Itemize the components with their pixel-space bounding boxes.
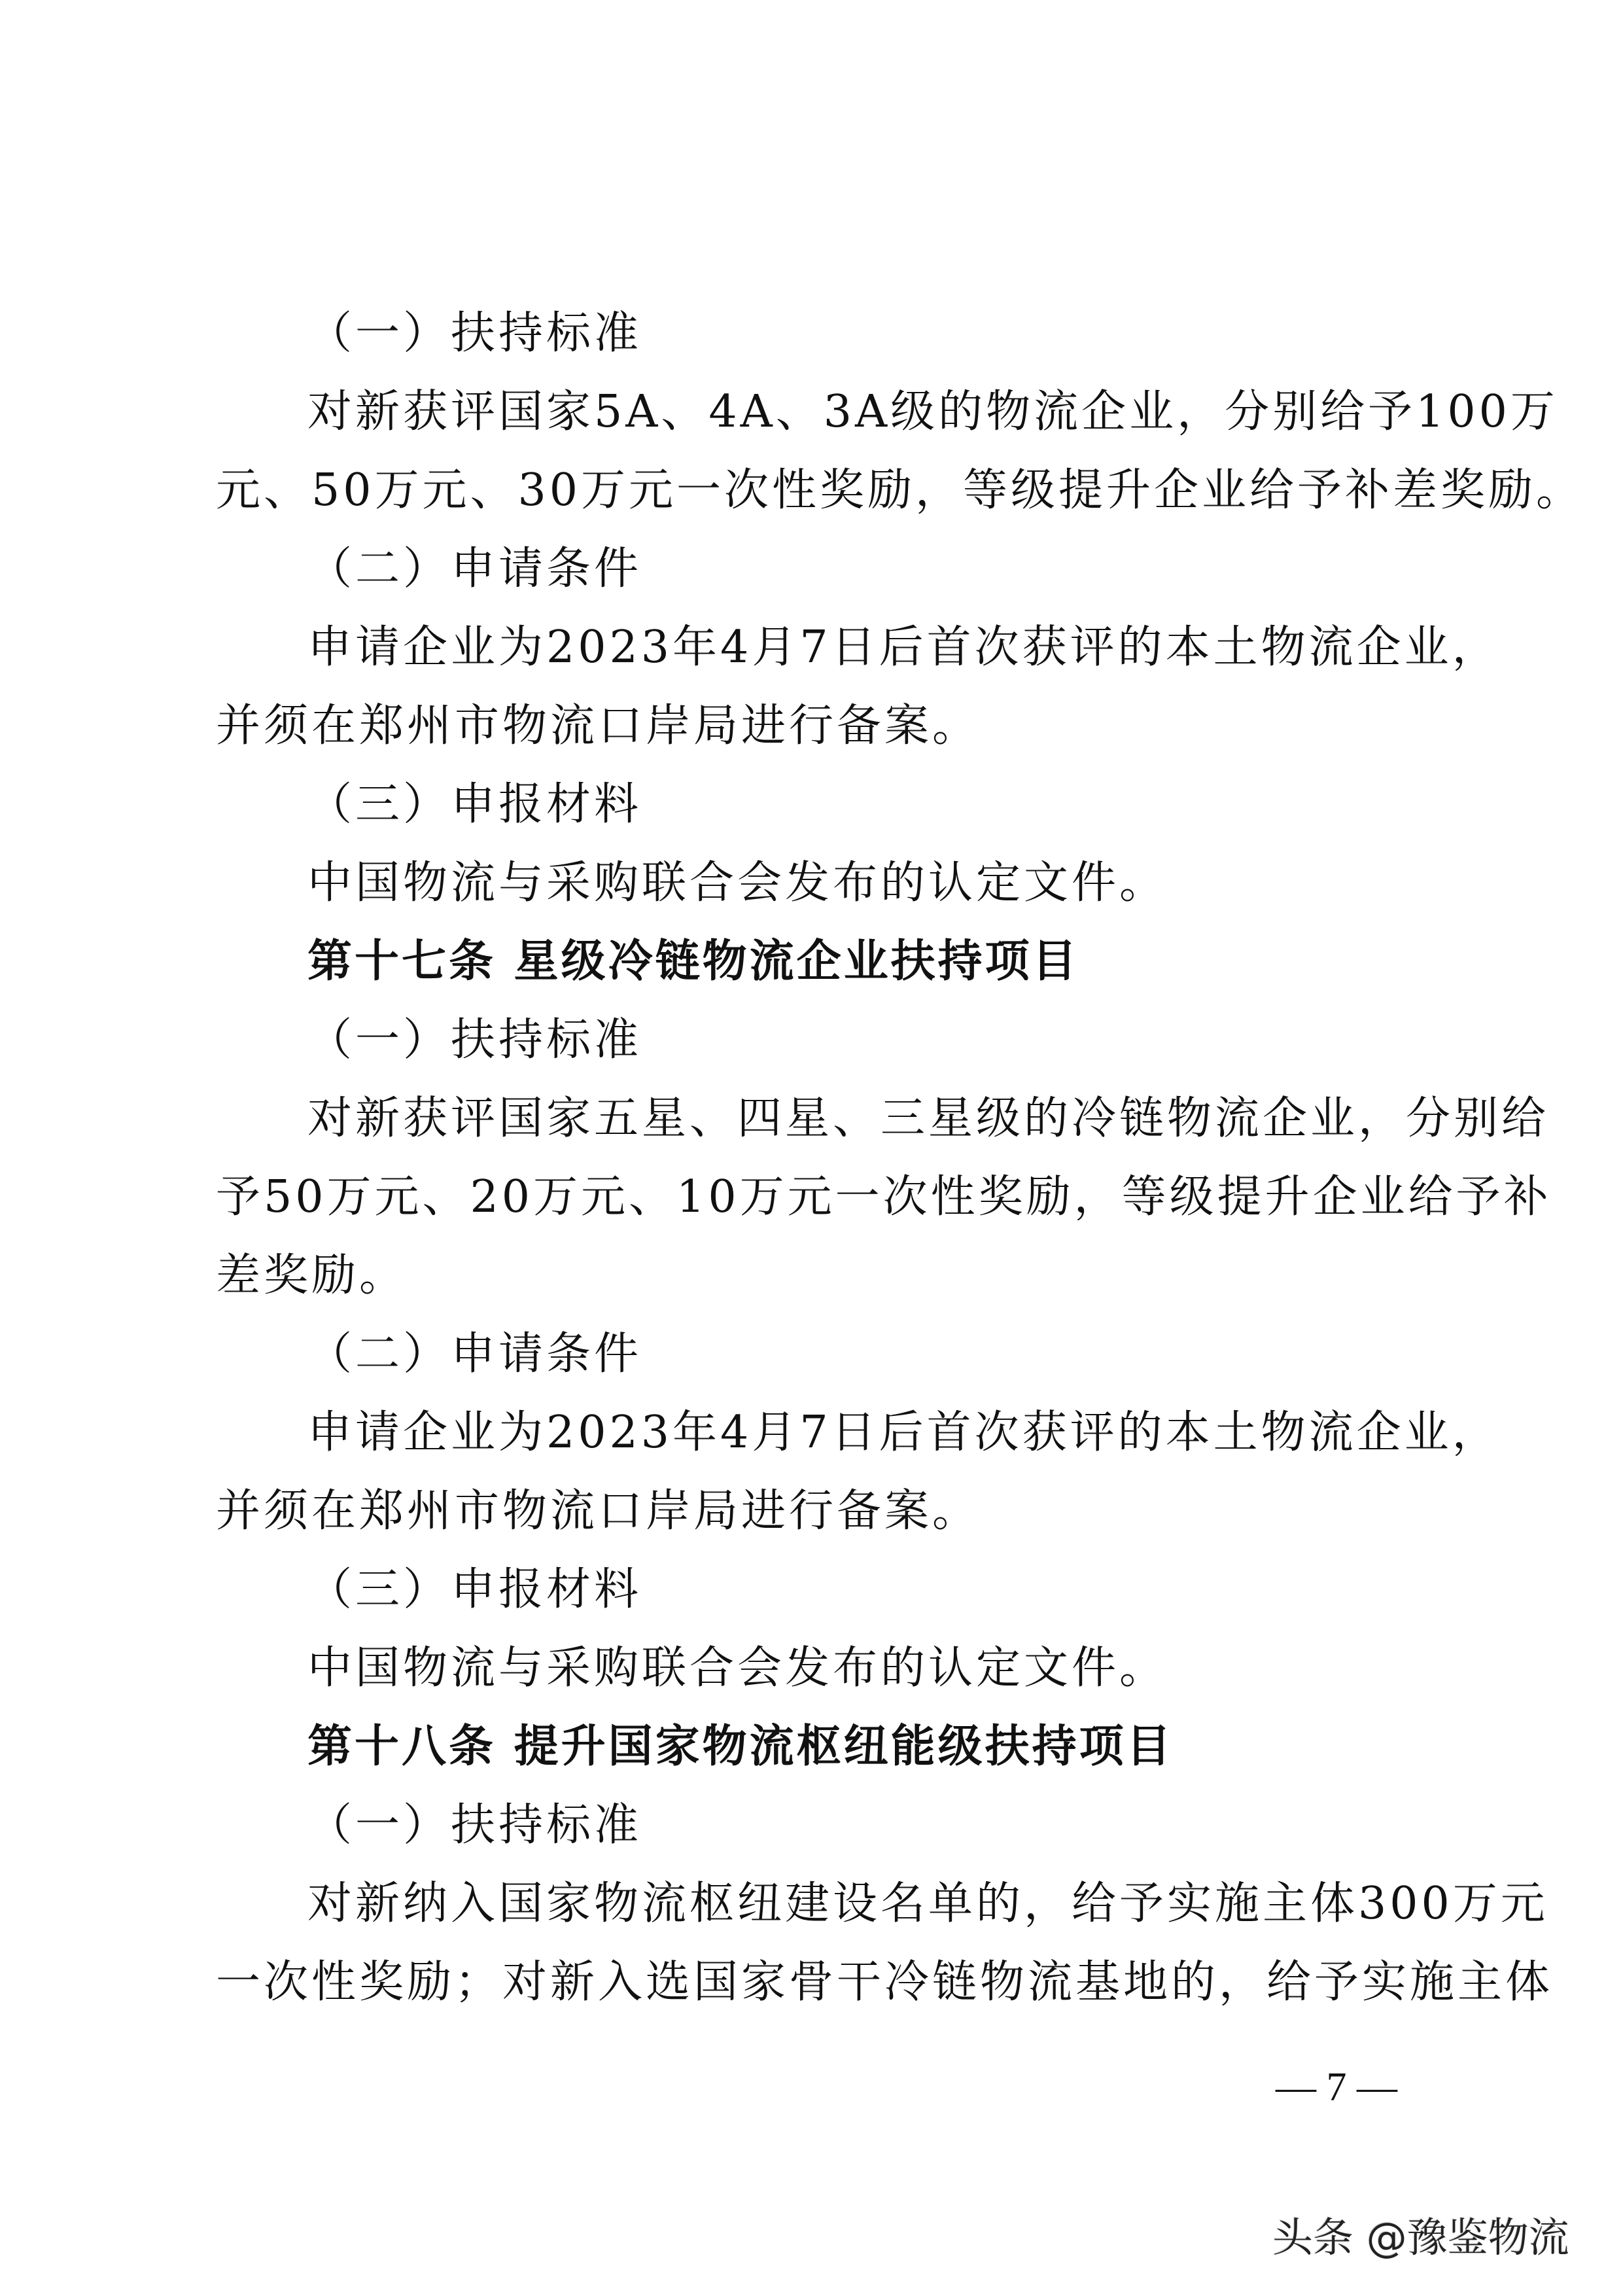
paragraph-line: 申请企业为2023年4月7日后首次获评的本土物流企业， [216, 609, 1433, 687]
paragraph-line: 申请企业为2023年4月7日后首次获评的本土物流企业， [216, 1394, 1433, 1472]
subheading-application-materials: （三）申报材料 [216, 766, 1433, 844]
paragraph-line: 并须在郑州市物流口岸局进行备案。 [216, 1472, 1433, 1551]
subheading-application-materials: （三）申报材料 [216, 1551, 1433, 1629]
paragraph-line: 中国物流与采购联合会发布的认定文件。 [216, 1629, 1433, 1708]
paragraph-line: 并须在郑州市物流口岸局进行备案。 [216, 687, 1433, 766]
subheading-support-standard: （一）扶持标准 [216, 1001, 1433, 1080]
subheading-application-conditions: （二）申请条件 [216, 1315, 1433, 1394]
source-watermark: 头条 @豫鉴物流 [1272, 2212, 1569, 2264]
paragraph-line: 差奖励。 [216, 1237, 1433, 1315]
document-page: （一）扶持标准 对新获评国家5A、4A、3A级的物流企业，分别给予100万 元、… [0, 0, 1623, 2296]
paragraph-line: 对新纳入国家物流枢纽建设名单的，给予实施主体300万元 [216, 1865, 1433, 1943]
page-number: — 7 — [1276, 2061, 1397, 2113]
paragraph-line: 予50万元、20万元、10万元一次性奖励，等级提升企业给予补 [216, 1158, 1433, 1237]
subheading-support-standard: （一）扶持标准 [216, 294, 1433, 373]
subheading-support-standard: （一）扶持标准 [216, 1786, 1433, 1865]
paragraph-line: 一次性奖励；对新入选国家骨干冷链物流基地的，给予实施主体 [216, 1943, 1433, 2022]
subheading-application-conditions: （二）申请条件 [216, 530, 1433, 609]
article-heading-18: 第十八条 提升国家物流枢纽能级扶持项目 [216, 1708, 1433, 1786]
paragraph-line: 元、50万元、30万元一次性奖励，等级提升企业给予补差奖励。 [216, 451, 1433, 530]
paragraph-line: 对新获评国家5A、4A、3A级的物流企业，分别给予100万 [216, 373, 1433, 451]
paragraph-line: 中国物流与采购联合会发布的认定文件。 [216, 844, 1433, 923]
article-heading-17: 第十七条 星级冷链物流企业扶持项目 [216, 923, 1433, 1001]
paragraph-line: 对新获评国家五星、四星、三星级的冷链物流企业，分别给 [216, 1080, 1433, 1158]
